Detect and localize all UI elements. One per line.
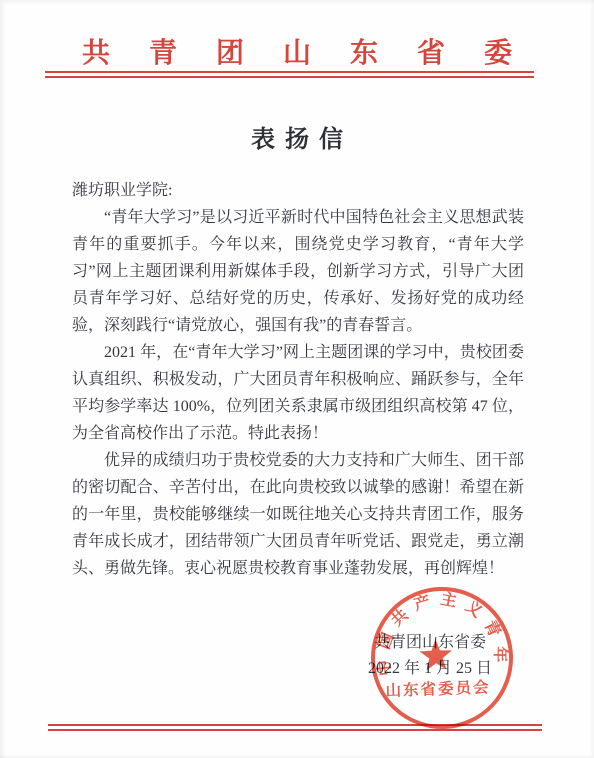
document-title: 表扬信	[0, 119, 594, 154]
star-icon	[419, 639, 452, 671]
letterhead-double-rule	[45, 71, 534, 78]
document-title-text: 表扬信	[251, 127, 353, 153]
letterhead-title-text: 共青团山东省委	[82, 38, 551, 69]
seal-bottom-text: 山东省委员会	[385, 677, 491, 700]
paragraph-2: 2021 年，在“青年大学习”网上主题团课的学习中，贵校团委认真组织、积极发动，…	[72, 339, 524, 447]
official-seal: 中国共产主义青年团 山东省委员会	[364, 580, 519, 735]
commendation-letter-page: 共青团山东省委 表扬信 潍坊职业学院: “青年大学习”是以习近平新时代中国特色社…	[0, 0, 594, 758]
paragraph-1: “青年大学习”是以习近平新时代中国特色社会主义思想武装青年的重要抓手。今年以来，…	[72, 204, 524, 339]
salutation: 潍坊职业学院:	[72, 177, 524, 204]
paragraph-3: 优异的成绩归功于贵校党委的大力支持和广大师生、团干部的密切配合、辛苦付出，在此向…	[72, 447, 524, 582]
letterhead-title: 共青团山东省委	[0, 31, 594, 71]
letter-body: 潍坊职业学院: “青年大学习”是以习近平新时代中国特色社会主义思想武装青年的重要…	[72, 177, 524, 582]
